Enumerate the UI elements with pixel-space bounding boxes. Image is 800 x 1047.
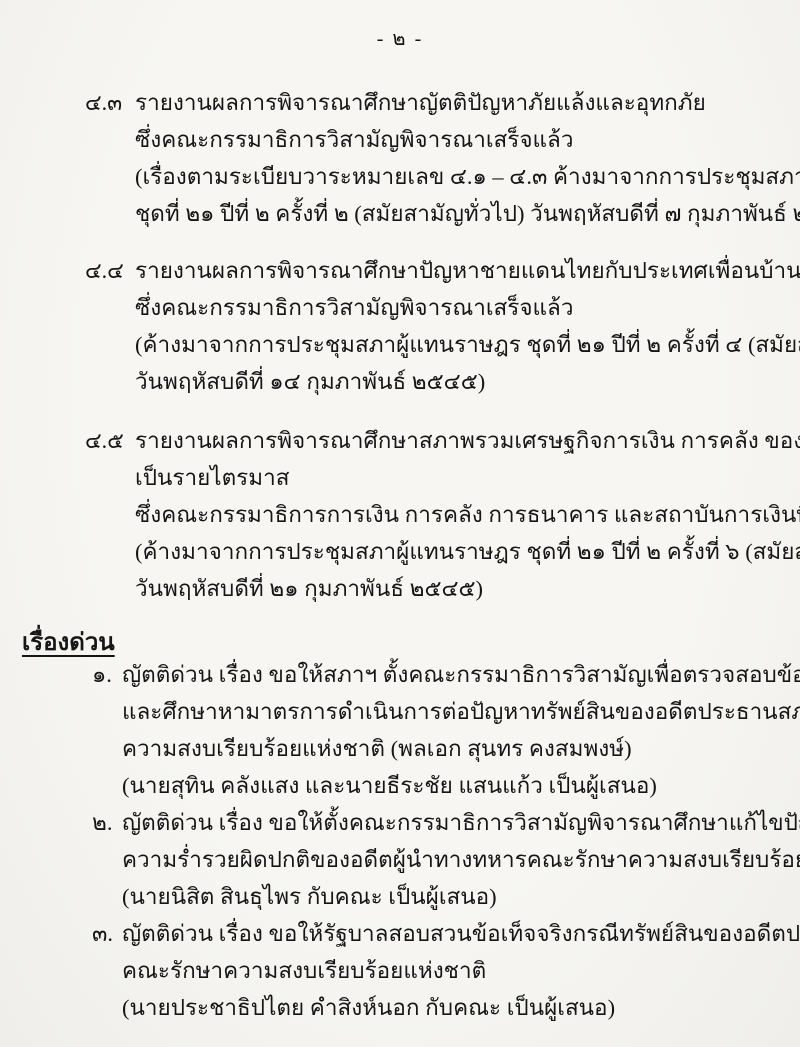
agenda-item: ๔.๕รายงานผลการพิจารณาศึกษาสภาพรวมเศรษฐกิ… [85, 422, 780, 607]
agenda-item: ๔.๓รายงานผลการพิจารณาศึกษาญัตติปัญหาภัยแ… [85, 84, 780, 232]
urgent-motion-line: (นายประชาธิปไตย คำสิงห์นอก กับคณะ เป็นผู… [122, 989, 800, 1026]
urgent-motion-line: ญัตติด่วน เรื่อง ขอให้สภาฯ ตั้งคณะกรรมาธ… [122, 656, 800, 693]
urgent-motion-line: ความสงบเรียบร้อยแห่งชาติ (พลเอก สุนทร คง… [122, 730, 800, 767]
page-number: - ๒ - [0, 22, 800, 54]
agenda-text-line: (ค้างมาจากการประชุมสภาผู้แทนราษฎร ชุดที่… [135, 326, 800, 363]
agenda-text-line: รายงานผลการพิจารณาศึกษาญัตติปัญหาภัยแล้ง… [135, 84, 800, 121]
agenda-item-number: ๔.๓ [85, 84, 135, 121]
urgent-motion-number: ๓. [92, 915, 122, 952]
agenda-text-line: รายงานผลการพิจารณาศึกษาปัญหาชายแดนไทยกับ… [135, 252, 800, 289]
agenda-text-line: วันพฤหัสบดีที่ ๑๔ กุมภาพันธ์ ๒๕๔๕) [135, 363, 800, 400]
urgent-motion-number: ๑. [92, 656, 122, 693]
agenda-item-number: ๔.๕ [85, 422, 135, 459]
urgent-motion-line: ญัตติด่วน เรื่อง ขอให้ตั้งคณะกรรมาธิการว… [122, 804, 800, 841]
agenda-text-line: (ค้างมาจากการประชุมสภาผู้แทนราษฎร ชุดที่… [135, 533, 800, 570]
document-page: - ๒ - ๔.๓รายงานผลการพิจารณาศึกษาญัตติปัญ… [0, 0, 800, 1047]
urgent-motion-line: (นายนิสิต สินธุไพร กับคณะ เป็นผู้เสนอ) [122, 878, 800, 915]
agenda-item: ๔.๔รายงานผลการพิจารณาศึกษาปัญหาชายแดนไทย… [85, 252, 780, 400]
agenda-text-line: เป็นรายไตรมาส [135, 459, 800, 496]
agenda-text-line: (เรื่องตามระเบียบวาระหมายเลข ๔.๑ – ๔.๓ ค… [135, 158, 800, 195]
urgent-motion-line: ความร่ำรวยผิดปกติของอดีตผู้นำทางทหารคณะร… [122, 841, 800, 878]
urgent-motion-line: คณะรักษาความสงบเรียบร้อยแห่งชาติ [122, 952, 800, 989]
urgent-motion-line: ญัตติด่วน เรื่อง ขอให้รัฐบาลสอบสวนข้อเท็… [122, 915, 800, 952]
urgent-motion-line: (นายสุทิน คลังแสง และนายธีระชัย แสนแก้ว … [122, 767, 800, 804]
urgent-motion-item: ๒.ญัตติด่วน เรื่อง ขอให้ตั้งคณะกรรมาธิกา… [92, 804, 784, 915]
urgent-motion-item: ๓.ญัตติด่วน เรื่อง ขอให้รัฐบาลสอบสวนข้อเ… [92, 915, 784, 1026]
urgent-motion-number: ๒. [92, 804, 122, 841]
urgent-motion-item: ๑.ญัตติด่วน เรื่อง ขอให้สภาฯ ตั้งคณะกรรม… [92, 656, 784, 804]
agenda-text-line: ซึ่งคณะกรรมาธิการวิสามัญพิจารณาเสร็จแล้ว [135, 121, 800, 158]
agenda-text-line: ชุดที่ ๒๑ ปีที่ ๒ ครั้งที่ ๒ (สมัยสามัญท… [135, 195, 800, 232]
urgent-motions-list: ๑.ญัตติด่วน เรื่อง ขอให้สภาฯ ตั้งคณะกรรม… [92, 656, 784, 1026]
agenda-text-line: ซึ่งคณะกรรมาธิการวิสามัญพิจารณาเสร็จแล้ว [135, 289, 800, 326]
agenda-text-line: รายงานผลการพิจารณาศึกษาสภาพรวมเศรษฐกิจกา… [135, 422, 800, 459]
urgent-motion-line: และศึกษาหามาตรการดำเนินการต่อปัญหาทรัพย์… [122, 693, 800, 730]
agenda-text-line: ซึ่งคณะกรรมาธิการการเงิน การคลัง การธนาค… [135, 496, 800, 533]
agenda-item-number: ๔.๔ [85, 252, 135, 289]
agenda-text-line: วันพฤหัสบดีที่ ๒๑ กุมภาพันธ์ ๒๕๔๕) [135, 570, 800, 607]
